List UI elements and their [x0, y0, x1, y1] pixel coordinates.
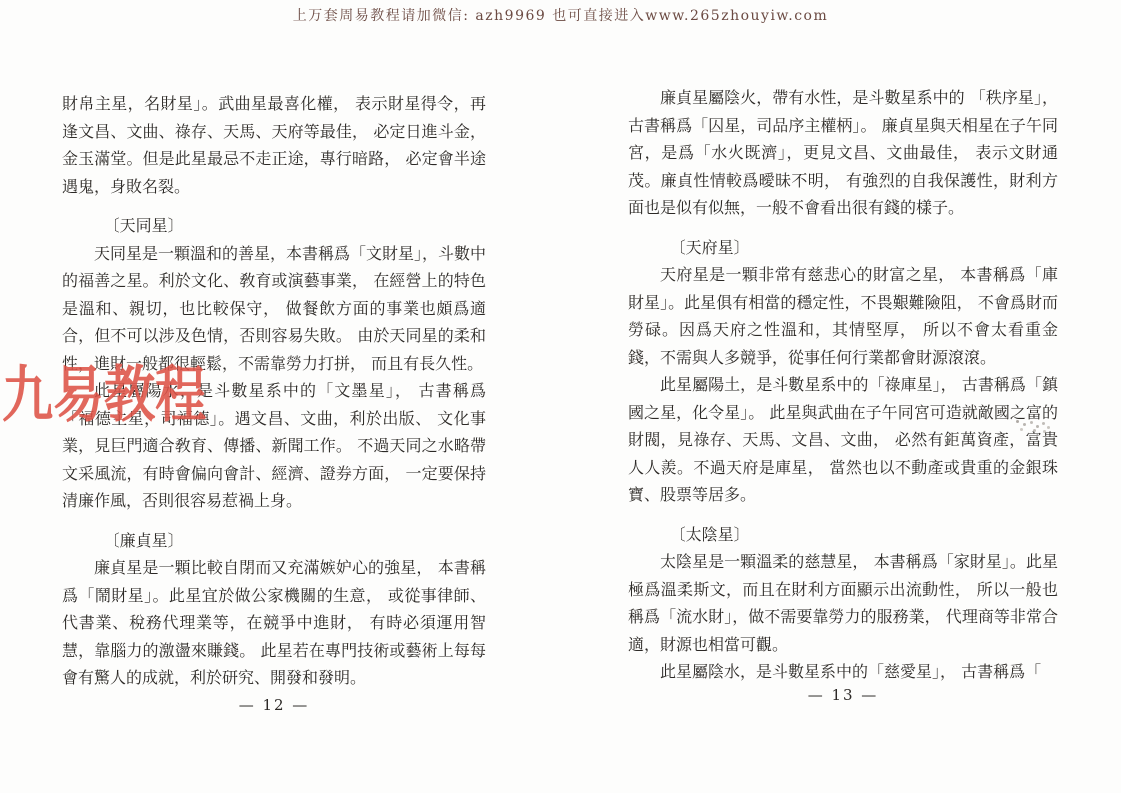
page-number-left: — 12 — — [62, 696, 486, 714]
paragraph-wuqu-continuation: 財帛主星，名財星」。武曲星最喜化權， 表示財星得令，再逢文昌、文曲、祿存、天馬、… — [62, 90, 486, 200]
paragraph-lianzhen-2: 廉貞星屬陰火，帶有水性，是斗數星系中的 「秩序星」，古書稱爲「囚星，司品序主權柄… — [628, 84, 1058, 222]
book-spread-scan: 上万套周易教程请加微信: azh9969 也可直接进入www.265zhouyi… — [0, 0, 1121, 793]
page-number-right: — 13 — — [628, 686, 1058, 704]
paragraph-tianfu-1: 天府星是一顆非常有慈悲心的財富之星， 本書稱爲「庫財星」。此星俱有相當的穩定性，… — [628, 261, 1058, 371]
paragraph-taiyin-1: 太陰星是一顆溫柔的慈慧星， 本書稱爲「家財星」。此星極爲溫柔斯文，而且在財利方面… — [628, 548, 1058, 658]
paragraph-lianzhen-1: 廉貞星是一顆比較自閉而又充滿嫉妒心的強星， 本書稱爲「鬧財星」。此星宜於做公家機… — [62, 554, 486, 692]
section-heading-taiyin: 〔太陰星〕 — [628, 521, 1058, 549]
section-heading-lianzhen: 〔廉貞星〕 — [62, 527, 486, 555]
paragraph-tiantong-1: 天同星是一顆溫和的善星，本書稱爲「文財星」，斗數中的福善之星。利於文化、敎育或演… — [62, 240, 486, 378]
section-heading-tianfu: 〔天府星〕 — [628, 234, 1058, 262]
paragraph-tiantong-2: 此星屬陽水，是斗數星系中的「文墨星」， 古書稱爲「福德主星，司福德」。遇文昌、文… — [62, 377, 486, 515]
scan-artifact — [1016, 420, 1019, 423]
page-right: 廉貞星屬陰火，帶有水性，是斗數星系中的 「秩序星」，古書稱爲「囚星，司品序主權柄… — [628, 84, 1058, 686]
paragraph-tianfu-2: 此星屬陽土，是斗數星系中的「祿庫星」， 古書稱爲「鎮國之星，化令星」。 此星與武… — [628, 371, 1058, 509]
page-left: 財帛主星，名財星」。武曲星最喜化權， 表示財星得令，再逢文昌、文曲、祿存、天馬、… — [62, 90, 486, 692]
paragraph-taiyin-2: 此星屬陰水，是斗數星系中的「慈愛星」， 古書稱爲「 — [628, 658, 1058, 686]
section-heading-tiantong: 〔天同星〕 — [62, 212, 486, 240]
header-promo-text: 上万套周易教程请加微信: azh9969 也可直接进入www.265zhouyi… — [0, 5, 1121, 25]
